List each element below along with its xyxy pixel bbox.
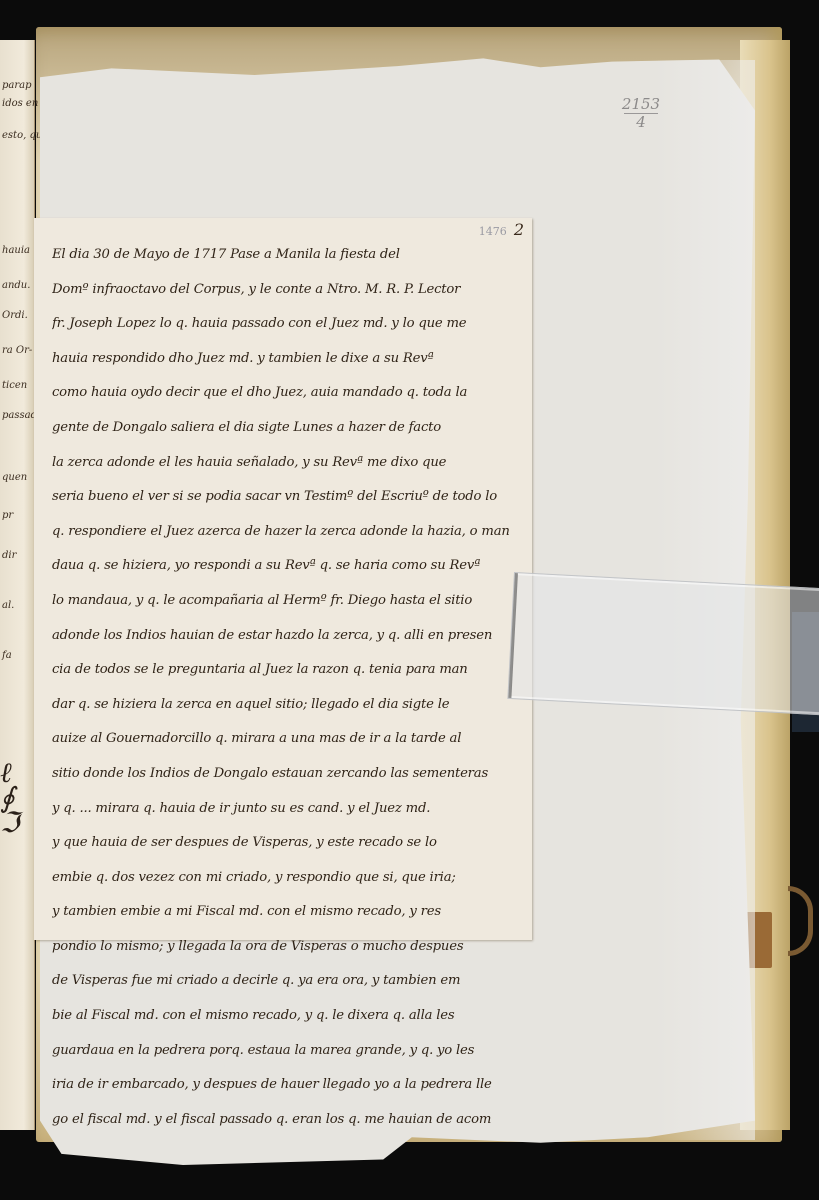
left-fragment: fa [2,650,12,661]
letter-line: pondio lo mismo; y llegada la ora de Vis… [52,930,524,965]
letter-line: gente de Dongalo saliera el dia sigte Lu… [52,411,524,446]
folio-number: 1476 2 [479,220,524,239]
glass-page-weight [507,572,819,716]
left-fragment: Ordi. [2,310,28,321]
letter-line: go el fiscal md. y el fiscal passado q. … [52,1103,524,1138]
left-fragment: al. [2,600,14,611]
letter-line: guardaua en la pedrera porq. estaua la m… [52,1034,524,1069]
letter-line: sitio donde los Indios de Dongalo estaua… [52,757,524,792]
letter-line: embie q. dos vezez con mi criado, y resp… [52,861,524,896]
letter-line: cia de todos se le preguntaria al Juez l… [52,653,524,688]
letter-line: y tambien embie a mi Fiscal md. con el m… [52,895,524,930]
letter-line: y que hauia de ser despues de Visperas, … [52,826,524,861]
left-fragment: parap [2,80,32,91]
letter-line: dar q. se hiziera la zerca en aquel siti… [52,688,524,723]
left-fragment: andu. [2,280,30,291]
left-fragment: ticen [2,380,27,391]
letter-line: iria de ir embarcado, y despues de hauer… [52,1068,524,1103]
shelf-mark-bottom: 4 [636,113,646,131]
letter-line: fr. Joseph Lopez lo q. hauia passado con… [52,307,524,342]
letter-line: Domº infraoctavo del Corpus, y le conte … [52,273,524,308]
letter-line: daua q. se hiziera, yo respondi a su Rev… [52,549,524,584]
manuscript-letter: 1476 2 El dia 30 de Mayo de 1717 Pase a … [34,218,532,940]
left-fragment: idos en [2,98,38,109]
letter-body: El dia 30 de Mayo de 1717 Pase a Manila … [52,238,524,1137]
left-fragment: hauia [2,245,30,256]
left-page-signature-flourish: ℓ∮ℑ [0,760,30,930]
letter-line: y q. ... mirara q. hauia de ir junto su … [52,792,524,827]
letter-line: q. respondiere el Juez azerca de hazer l… [52,515,524,550]
letter-line: auize al Gouernadorcillo q. mirara a una… [52,722,524,757]
left-fragment: quen [2,472,27,483]
adjacent-left-page: parap idos en esto, que hauia andu. Ordi… [0,40,35,1130]
letter-line: adonde los Indios hauian de estar hazdo … [52,619,524,654]
left-fragment: dir [2,550,16,561]
left-fragment: ra Or- [2,345,32,356]
letter-line: hauia respondido dho Juez md. y tambien … [52,342,524,377]
letter-line: la zerca adonde el les hauia señalado, y… [52,446,524,481]
letter-line: de Visperas fue mi criado a decirle q. y… [52,964,524,999]
letter-line: El dia 30 de Mayo de 1717 Pase a Manila … [52,238,524,273]
folio-number-ink: 2 [514,220,524,239]
letter-line: lo mandaua, y q. le acompañaria al Hermº… [52,584,524,619]
shelf-mark-top: 2153 [622,95,660,113]
letter-line: como hauia oydo decir que el dho Juez, a… [52,376,524,411]
letter-line: seria bueno el ver si se podia sacar vn … [52,480,524,515]
archive-shelf-mark: 2153 4 [606,96,676,130]
left-fragment: pr [2,510,13,521]
letter-line: bie al Fiscal md. con el mismo recado, y… [52,999,524,1034]
folio-pencil-mark: 1476 [479,225,507,238]
